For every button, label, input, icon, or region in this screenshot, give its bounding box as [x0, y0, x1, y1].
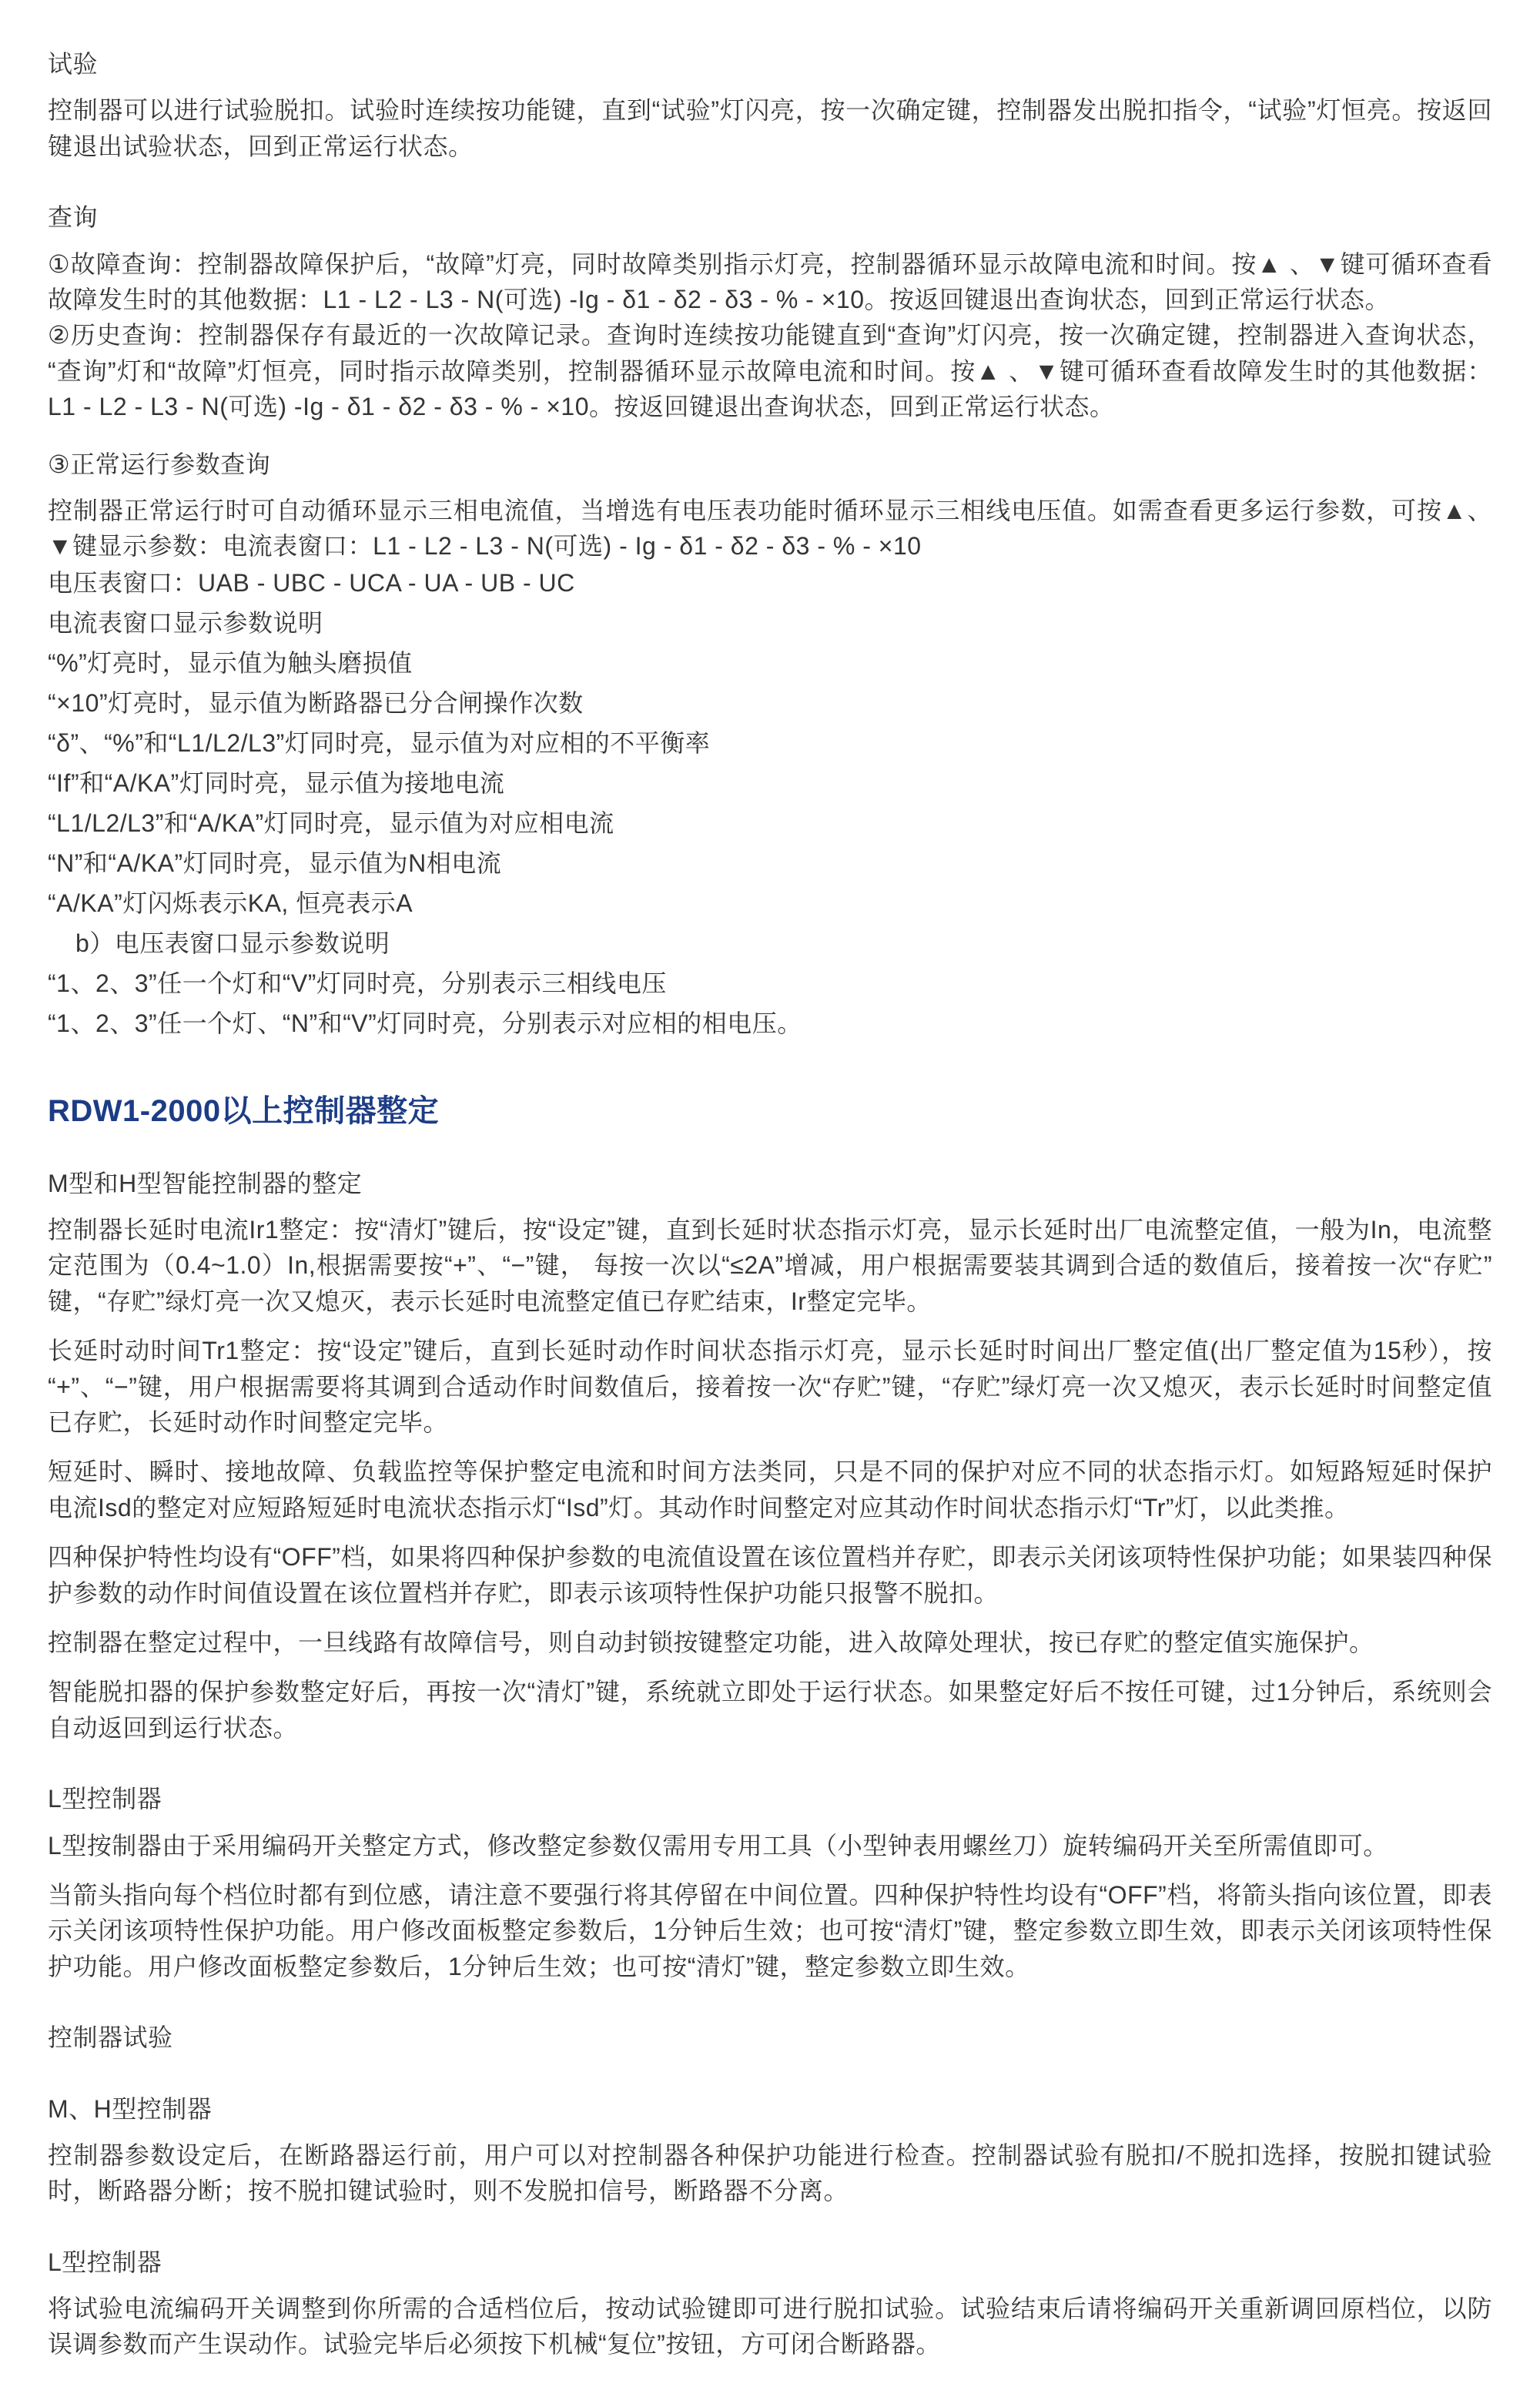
section-heading: 控制器试验 [48, 2020, 1492, 2055]
paragraph: 短延时、瞬时、接地故障、负载监控等保护整定电流和时间方法类同，只是不同的保护对应… [48, 1454, 1492, 1525]
list-line: “1、2、3”任一个灯、“N”和“V”灯同时亮，分别表示对应相的相电压。 [48, 1005, 1492, 1042]
paragraph: 长延时动时间Tr1整定：按“设定”键后，直到长延时动作时间状态指示灯亮，显示长延… [48, 1333, 1492, 1440]
paragraph: 智能脱扣器的保护参数整定好后，再按一次“清灯”键，系统就立即处于运行状态。如果整… [48, 1674, 1492, 1746]
paragraph: 控制器在整定过程中，一旦线路有故障信号，则自动封锁按键整定功能，进入故障处理状，… [48, 1625, 1492, 1660]
section-heading: ③正常运行参数查询 [48, 447, 1492, 482]
manual-page: 试验控制器可以进行试验脱扣。试验时连续按功能键，直到“试验”灯闪亮，按一次确定键… [0, 0, 1540, 2407]
section-heading: L型控制器 [48, 2245, 1492, 2280]
paragraph: 四种保护特性均设有“OFF”档，如果将四种保护参数的电流值设置在该位置档并存贮，… [48, 1539, 1492, 1611]
paragraph: ②历史查询：控制器保存有最近的一次故障记录。查询时连续按功能键直到“查询”灯闪亮… [48, 317, 1492, 424]
section-heading: M、H型控制器 [48, 2091, 1492, 2127]
paragraph: 控制器长延时电流Ir1整定：按“清灯”键后，按“设定”键，直到长延时状态指示灯亮… [48, 1212, 1492, 1319]
list-line: “A/KA”灯闪烁表示KA, 恒亮表示A [48, 885, 1492, 922]
paragraph: 控制器可以进行试验脱扣。试验时连续按功能键，直到“试验”灯闪亮，按一次确定键，控… [48, 92, 1492, 164]
paragraph: 控制器正常运行时可自动循环显示三相电流值，当增选有电压表功能时循环显示三相线电压… [48, 493, 1492, 564]
list-line: “L1/L2/L3”和“A/KA”灯同时亮，显示值为对应相电流 [48, 805, 1492, 842]
paragraph: L型按制器由于采用编码开关整定方式，修改整定参数仅需用专用工具（小型钟表用螺丝刀… [48, 1828, 1492, 1863]
section-heading: M型和H型智能控制器的整定 [48, 1166, 1492, 1201]
paragraph: ①故障查询：控制器故障保护后，“故障”灯亮，同时故障类别指示灯亮，控制器循环显示… [48, 246, 1492, 318]
list-line: 电流表窗口显示参数说明 [48, 604, 1492, 641]
list-line: “×10”灯亮时，显示值为断路器已分合闸操作次数 [48, 685, 1492, 721]
page-title: RDW1-2000以上控制器整定 [48, 1086, 1492, 1130]
list-line: “%”灯亮时，显示值为触头磨损值 [48, 644, 1492, 681]
paragraph: 将试验电流编码开关调整到你所需的合适档位后，按动试验键即可进行脱扣试验。试验结束… [48, 2291, 1492, 2362]
list-line: “δ”、“%”和“L1/L2/L3”灯同时亮，显示值为对应相的不平衡率 [48, 725, 1492, 762]
paragraph: 控制器参数设定后，在断路器运行前，用户可以对控制器各种保护功能进行检查。控制器试… [48, 2138, 1492, 2209]
list-line: b）电压表窗口显示参数说明 [48, 925, 1492, 962]
list-line: “1、2、3”任一个灯和“V”灯同时亮，分别表示三相线电压 [48, 965, 1492, 1002]
section-heading: L型控制器 [48, 1781, 1492, 1816]
list-line: “N”和“A/KA”灯同时亮，显示值为N相电流 [48, 845, 1492, 882]
section-heading: 试验 [48, 46, 1492, 82]
paragraph: 当箭头指向每个档位时都有到位感，请注意不要强行将其停留在中间位置。四种保护特性均… [48, 1877, 1492, 1984]
section-heading: 查询 [48, 199, 1492, 235]
document-content: 试验控制器可以进行试验脱扣。试验时连续按功能键，直到“试验”灯闪亮，按一次确定键… [48, 46, 1492, 2362]
list-line: 电压表窗口：UAB - UBC - UCA - UA - UB - UC [48, 564, 1492, 601]
list-line: “If”和“A/KA”灯同时亮，显示值为接地电流 [48, 765, 1492, 802]
